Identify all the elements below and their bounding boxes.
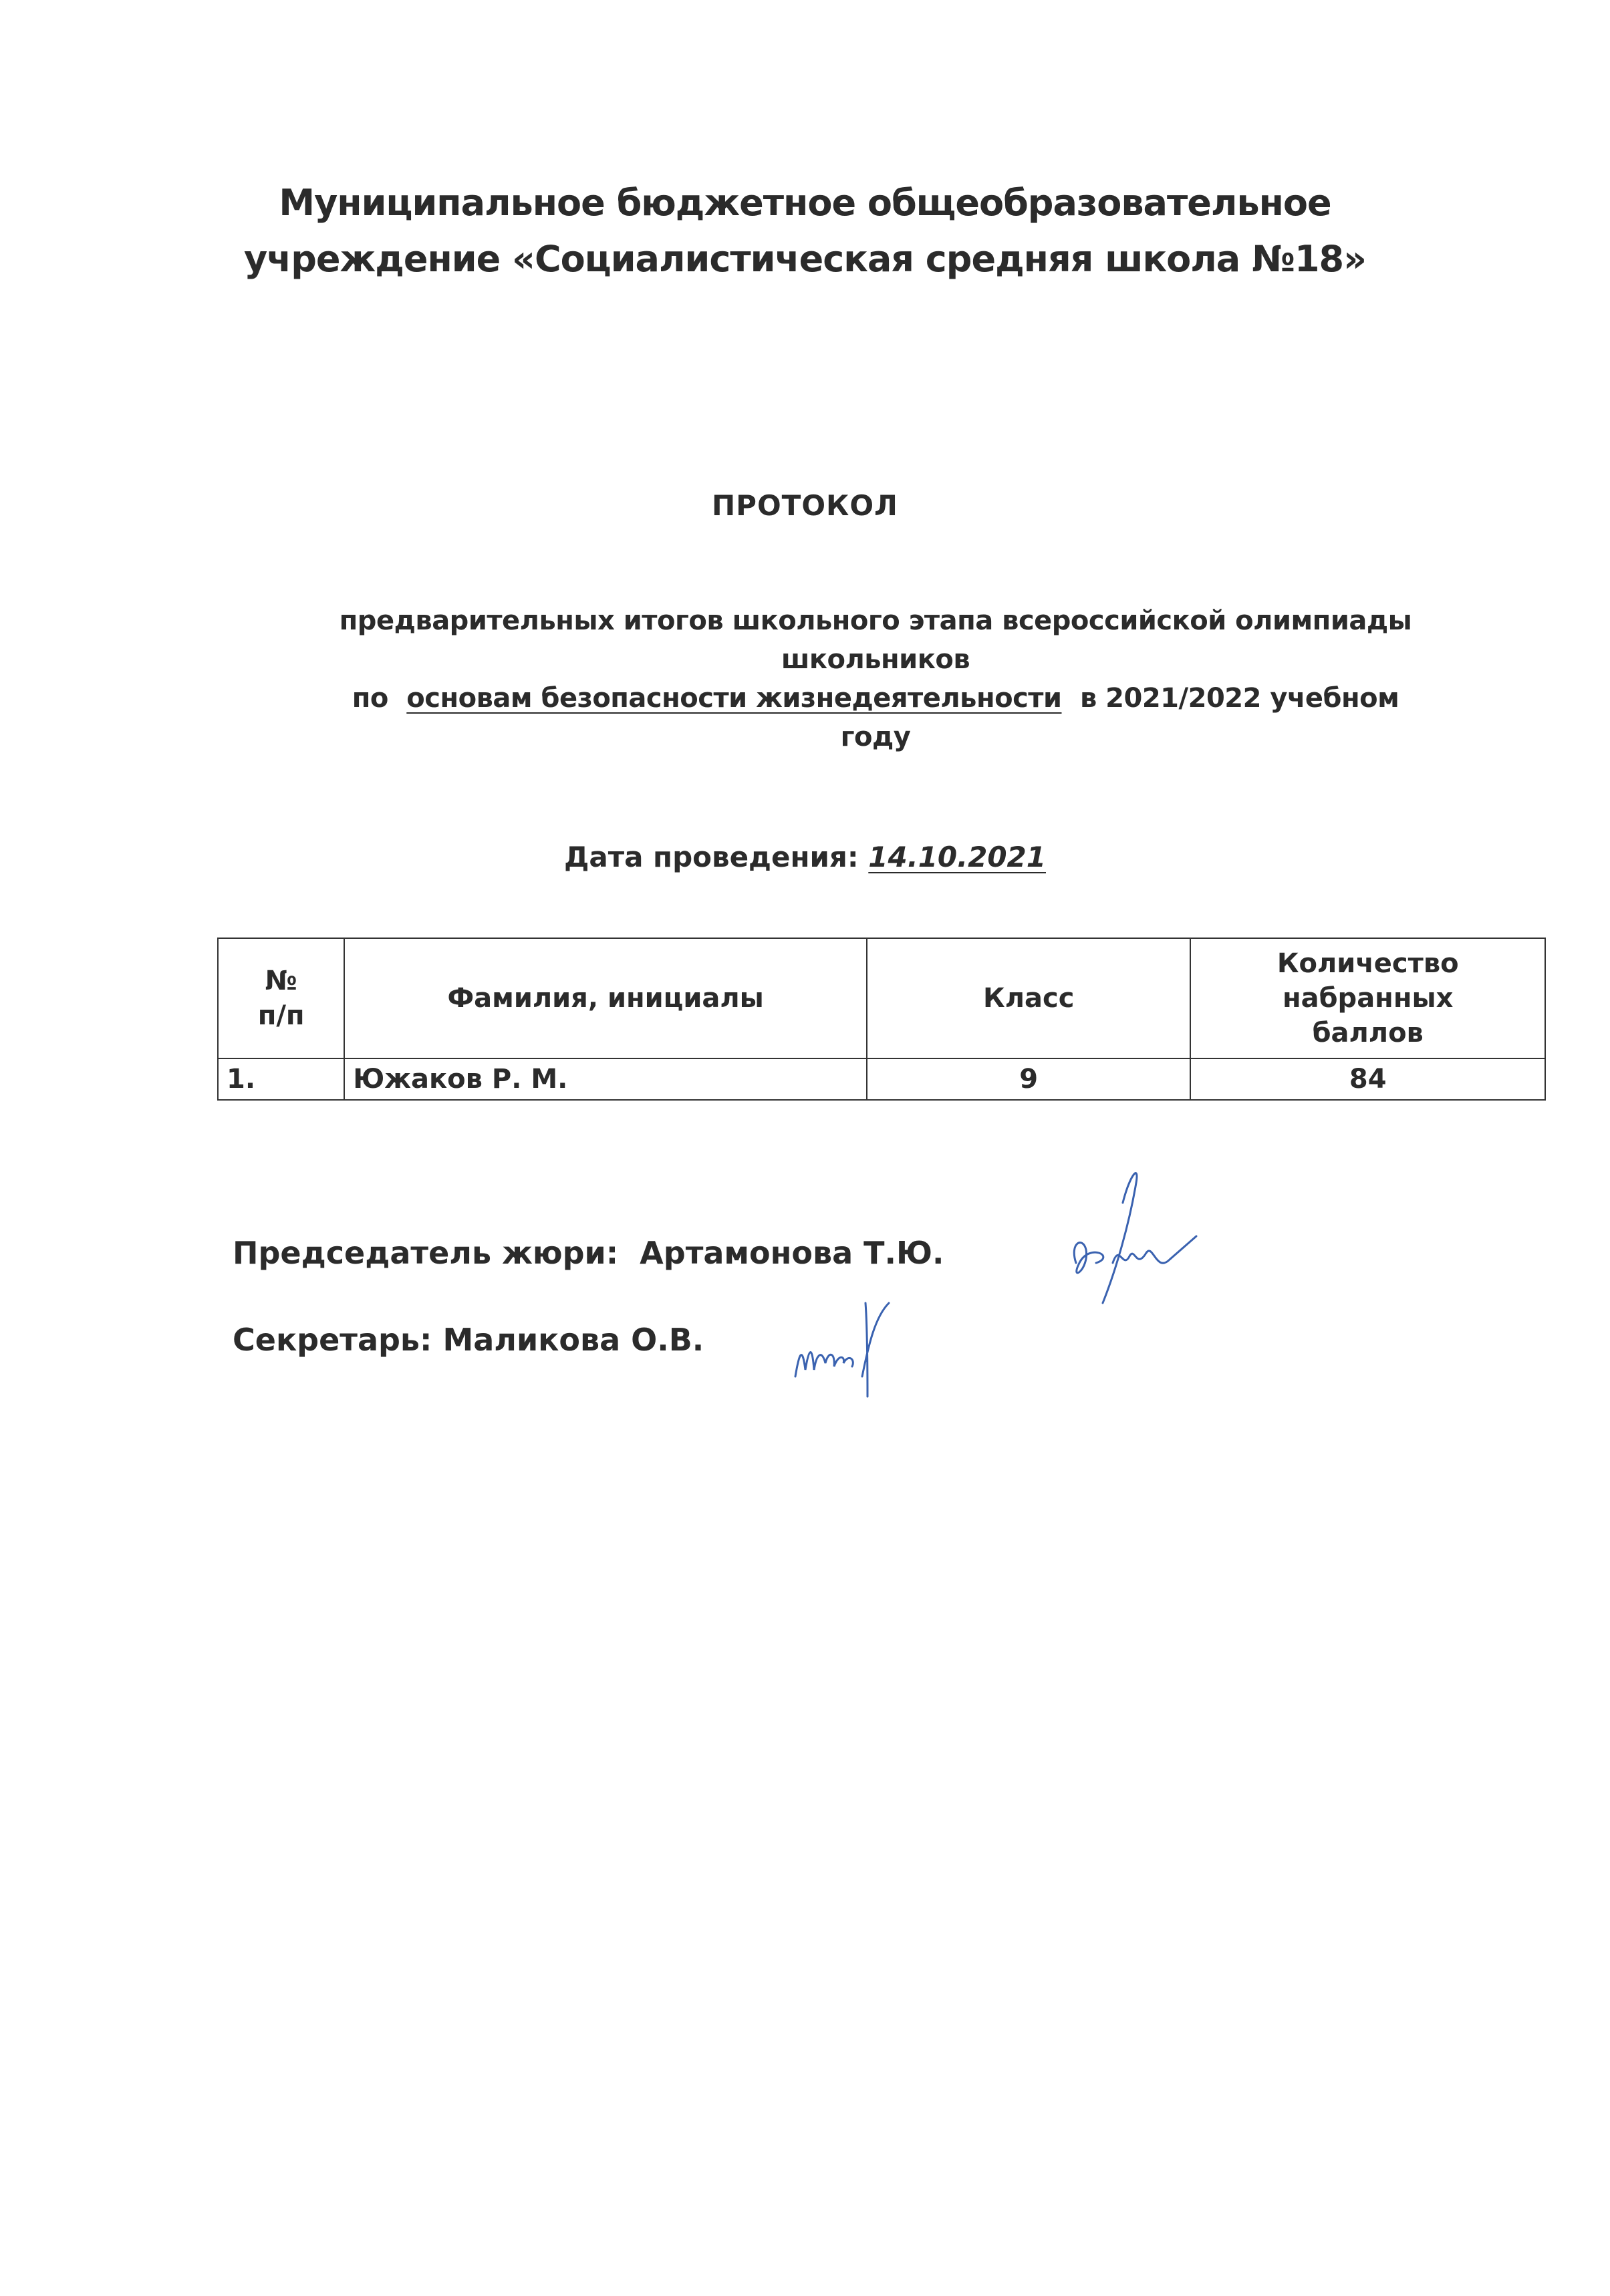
jury-chair-line: Председатель жюри: Артамонова Т.Ю.	[233, 1235, 944, 1271]
secretary-label: Секретарь:	[233, 1322, 432, 1358]
table-header-row: № п/п Фамилия, инициалы Класс Количество…	[218, 938, 1545, 1058]
cell-number: 1.	[218, 1058, 344, 1100]
header-score-line-3: баллов	[1199, 1016, 1536, 1050]
subtitle-line-1: предварительных итогов школьного этапа в…	[241, 601, 1510, 640]
jury-chair-name: Артамонова Т.Ю.	[640, 1235, 944, 1271]
cell-name: Южаков Р. М.	[344, 1058, 867, 1100]
secretary-line: Секретарь: Маликова О.В.	[233, 1322, 704, 1358]
header-name: Фамилия, инициалы	[344, 938, 867, 1058]
header-score: Количество набранных баллов	[1190, 938, 1545, 1058]
subtitle-line-3: по основам безопасности жизнедеятельност…	[241, 679, 1510, 718]
subtitle-suffix: в 2021/2022 учебном	[1080, 683, 1399, 714]
subtitle-line-2: школьников	[241, 640, 1510, 679]
header-number-line-2: п/п	[227, 998, 336, 1033]
header-grade: Класс	[867, 938, 1190, 1058]
document-heading: ПРОТОКОЛ	[0, 489, 1610, 522]
date-label: Дата проведения:	[564, 841, 859, 873]
jury-chair-label: Председатель жюри:	[233, 1235, 618, 1271]
secretary-name: Маликова О.В.	[442, 1322, 704, 1358]
subject-name: основам безопасности жизнедеятельности	[397, 683, 1071, 714]
chair-signature-icon	[1056, 1163, 1216, 1323]
results-table: № п/п Фамилия, инициалы Класс Количество…	[217, 938, 1546, 1101]
organization-line-1: Муниципальное бюджетное общеобразователь…	[0, 175, 1610, 231]
subtitle-prefix: по	[352, 683, 388, 714]
header-score-line-1: Количество	[1199, 946, 1536, 981]
cell-score: 84	[1190, 1058, 1545, 1100]
document-subtitle: предварительных итогов школьного этапа в…	[241, 601, 1510, 756]
subtitle-line-4: году	[241, 718, 1510, 756]
organization-title: Муниципальное бюджетное общеобразователь…	[0, 175, 1610, 287]
date-value: 14.10.2021	[868, 841, 1046, 873]
event-date: Дата проведения: 14.10.2021	[0, 841, 1610, 873]
header-number-line-1: №	[227, 964, 336, 998]
secretary-signature-icon	[789, 1290, 949, 1410]
cell-grade: 9	[867, 1058, 1190, 1100]
header-score-line-2: набранных	[1199, 981, 1536, 1016]
organization-line-2: учреждение «Социалистическая средняя шко…	[0, 231, 1610, 287]
header-number: № п/п	[218, 938, 344, 1058]
table-row: 1. Южаков Р. М. 9 84	[218, 1058, 1545, 1100]
